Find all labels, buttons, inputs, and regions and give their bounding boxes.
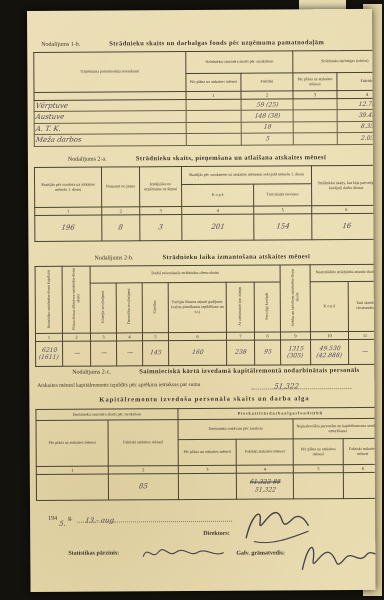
col-header-sickness: Slimības <box>142 282 168 332</box>
dotted-line <box>251 381 351 390</box>
section-2c-label: Nodalījums 2-c. <box>72 369 111 375</box>
handwritten-value: 160 <box>191 349 203 356</box>
handwritten-date: 13.- aug. <box>85 509 116 527</box>
col-header-fact: Faktiski <box>241 73 293 91</box>
cell: — <box>349 339 376 364</box>
handwritten-value: 16 <box>341 222 351 230</box>
handwritten-value: 8.35 <box>360 123 374 130</box>
cell <box>36 474 108 500</box>
director-label: Direktors: <box>203 531 230 537</box>
capital-repair-sum-line: Atskaites mēnesī kapitālremonts izpildīt… <box>37 382 200 389</box>
table-row-dept: Austuve <box>34 111 186 123</box>
cell <box>178 473 236 499</box>
col-header-maternity-leave: Dzemdību atvaļinājumi <box>116 282 142 332</box>
handwritten-sum: 51,322 <box>274 375 299 393</box>
handwritten-value: 51,322 <box>254 486 276 493</box>
col-header-fact: Faktiski atskaites mēnesī <box>108 420 178 466</box>
section-1b-label: Nodalījums 1-b. <box>41 42 80 48</box>
cell: 145 <box>143 340 169 365</box>
cell: 61.322-88 51,322 <box>236 473 293 499</box>
cell <box>293 99 337 111</box>
handwritten-value: 145 <box>149 349 161 356</box>
cell: 2.05 <box>337 132 375 144</box>
handwritten-value: — <box>362 348 369 355</box>
table-2b: Nostrādāto strādnieku-dienu kopskaits Pi… <box>35 264 376 367</box>
section-2a-title: Strādnieku skaits, pieņemšana un atlaiša… <box>136 154 326 162</box>
col-number: 8 <box>254 332 280 340</box>
handwritten-value: — <box>73 350 80 357</box>
cell <box>343 472 375 498</box>
col-header-absent-without-leave: Strādnieku skaits, kas bija patvarīgi ka… <box>311 165 375 205</box>
cell: 5 <box>241 133 293 145</box>
col-number: 2 <box>62 333 90 341</box>
handwritten-value: 1315 (305) <box>281 345 310 360</box>
col-header-newly-hired: Pieņemti no jauna <box>101 167 139 207</box>
handwritten-dept-name: Vērptuve <box>35 102 69 111</box>
handwritten-value: 6210 (1611) <box>36 346 62 361</box>
col-number: 4 <box>116 333 142 341</box>
cell: 3 <box>140 215 182 241</box>
col-header-plan: Pēc plāna uz atskaites mēnesi <box>293 73 337 91</box>
cell: 8 <box>102 215 140 241</box>
col-header-fact: Faktiski atskaites mēnesī <box>343 438 375 464</box>
cell: 148 (38) <box>241 110 293 122</box>
col-header-left-enterprise: Izstājušies no uzņēmuma uz ārpusi <box>139 167 181 207</box>
cell <box>293 110 337 122</box>
col-header-dept-names: Uzņēmuma pamatnodaļu nosaukumi <box>34 52 186 93</box>
group-header-staff-on-list: Darbinieku sastāvam pēc saraksta <box>178 419 293 440</box>
cell <box>186 133 241 145</box>
section-2b-label: Nodalījums 2-b. <box>94 255 133 261</box>
col-number: 3 <box>140 207 182 215</box>
handwritten-value: 5 <box>265 135 270 142</box>
col-number: 2 <box>102 207 140 215</box>
col-header-of-which-women: Tanī skaitā sievietes <box>254 184 312 206</box>
cell <box>293 473 343 499</box>
table-row-dept: Vērptuve <box>34 100 186 112</box>
col-number: 5 <box>142 332 168 340</box>
handwritten-value: 95 <box>263 349 272 356</box>
handwritten-value: 148 (38) <box>254 112 281 119</box>
cell: 1315 (305) <box>281 340 311 365</box>
handwritten-value: — <box>100 350 107 357</box>
cell <box>186 111 241 123</box>
statistics-supervisor-label: Statistikas pārzinis: <box>68 550 119 556</box>
cell: 59 (25) <box>241 99 293 111</box>
col-number: 3 <box>90 333 116 341</box>
handwritten-value: 59 (25) <box>256 101 279 108</box>
handwritten-value: — <box>126 350 133 357</box>
section-2a-label: Nodalījums 2-a. <box>68 157 107 163</box>
cell: 85 <box>108 474 178 500</box>
scanned-form-page: Nodalījums 1-b. Strādnieku skaits un dar… <box>27 9 376 592</box>
cell: 12.73 <box>337 98 375 110</box>
cell: 6210 (1611) <box>36 341 63 366</box>
col-number: 1 <box>35 333 62 341</box>
table-1b: Uzņēmuma pamatnodaļu nosaukumi Strādniek… <box>33 50 375 147</box>
section-2c-title: Saimnieciskā kārtā izvedamā kapitālremon… <box>139 367 359 375</box>
col-number: 9 <box>280 332 310 340</box>
handwritten-value: 154 <box>276 223 291 231</box>
table-2c: Darbinieku caurmēra skaits pēc sarakstie… <box>35 407 375 501</box>
cell: 238 <box>227 340 255 365</box>
cell <box>186 122 241 134</box>
col-header-plan: Pēc plāna un atskaites mēnesī <box>178 439 236 465</box>
col-header-plan: Pēc plāna uz atskaites mēnesi <box>186 73 241 91</box>
cell: 201 <box>182 214 254 240</box>
col-header-worked-days: Nostrādāto strādnieku-dienu kopskaits <box>35 266 62 333</box>
cell: 154 <box>254 214 312 240</box>
cell: 196 <box>35 215 102 241</box>
col-header-plan: Pēc plāna uz atskaites mēnesī <box>293 439 343 465</box>
chief-accountant-label: Galv. grāmatvedis: <box>236 550 285 556</box>
chief-accountant-signature <box>298 537 375 579</box>
group-header-avg-staff: Darbinieku caurmēra skaits pēc sarakstie… <box>36 409 178 421</box>
col-number: 11 <box>348 331 375 339</box>
col-header-full-day-idle: Pilnas dienas dīkstāves strādnieku-dienu… <box>62 266 90 333</box>
handwritten-value: 2.05 <box>360 135 374 142</box>
col-number: 7 <box>226 332 254 340</box>
section-2b-title: Strādnieku laika izmantošana atskaites m… <box>162 253 310 261</box>
col-number: 6 <box>343 464 375 472</box>
handwritten-value: 196 <box>61 224 76 232</box>
col-header-fact: Faktiski <box>337 72 376 90</box>
group-header-unworked-hours: Neatstrādāto strādnieku-stundu skaits <box>310 264 375 281</box>
group-header-outside-persons: Nepiederošām personām un kapitālremonta … <box>293 418 376 439</box>
cell <box>293 121 337 133</box>
col-header-admin-permission: Ar administrācijas atļauju <box>226 282 254 332</box>
col-header-total: K o p ā <box>310 281 348 331</box>
group-header-absence-days: Darbā neierašanās strādnieku-dienu skait… <box>90 265 280 283</box>
date-year-prefix: 194 <box>48 516 57 522</box>
col-header-total: K o p ā <box>182 184 254 206</box>
col-number: 3 <box>293 91 337 99</box>
cell: — <box>91 341 117 366</box>
cell <box>293 133 337 145</box>
group-header-avg-workers: Strādnieku caurmēra skaits pēc sarakstie… <box>186 51 293 74</box>
section-2c-subtitle: Kapitālremontu izvedoša personāla skaits… <box>99 395 309 403</box>
handwritten-value: 201 <box>211 223 226 231</box>
handwritten-value: 49.530 (42.888) <box>311 345 348 360</box>
handwritten-dept-name: A. T. K. <box>35 125 61 134</box>
handwritten-dept-name: Austuve <box>35 113 65 122</box>
col-header-holiday-days: Svētku un brīvdienu strādnieku-dienu ska… <box>280 265 310 332</box>
col-header-lawful-cases: Partijas likuma atļauti gadījumi (valsts… <box>168 282 226 332</box>
col-header-count-month-start: Skaitījās pēc saraksta uz atskaites mēne… <box>34 167 101 207</box>
cell: 95 <box>255 340 281 365</box>
cell: 39.48 <box>337 110 375 122</box>
group-header-wages: Strādnieku darbalgas (rublos) <box>293 50 376 73</box>
col-number: 4 <box>337 90 376 98</box>
section-1b-title: Strādnieku skaits un darbalgas fonds pēc… <box>109 39 324 47</box>
handwritten-value: 3 <box>158 223 164 231</box>
handwritten-value: 8 <box>118 224 124 232</box>
col-number: 10 <box>310 331 348 339</box>
struck-value: 61.322-88 <box>249 479 281 486</box>
cell: — <box>117 341 143 366</box>
date-g-label: g. <box>68 516 73 522</box>
handwritten-value: 85 <box>138 483 148 491</box>
cell <box>186 99 241 111</box>
table-row-dept: Meža darbos <box>34 134 186 146</box>
col-header-regular-leave: Kārtējie atvaļinājumi <box>90 283 116 333</box>
col-header-of-which-overtime: Tanī skaitā virsstundas <box>348 281 375 331</box>
cell: 49.530 (42.888) <box>311 339 349 364</box>
handwritten-year: 5. <box>59 513 66 531</box>
handwritten-dept-name: Meža darbos <box>35 136 82 145</box>
cell: — <box>63 341 91 366</box>
table-row-dept: A. T. K. <box>34 122 186 134</box>
col-header-unexcused: Patvaļīgi kavējuši <box>254 282 280 332</box>
group-header-count-next-month: Skaitījās pēc sarakstiem uz atskaites mē… <box>181 166 311 185</box>
col-header-plan: Pēc plāna uz atskaites mēnesi <box>36 420 108 466</box>
statistics-supervisor-signature <box>140 541 226 566</box>
cell: 16 <box>312 213 376 239</box>
table-2a: Skaitījās pēc saraksta uz atskaites mēne… <box>34 165 376 242</box>
handwritten-value: 18 <box>263 124 272 131</box>
handwritten-value: 238 <box>234 349 246 356</box>
cell: 160 <box>169 340 227 365</box>
cell: 8.35 <box>337 121 375 133</box>
cell: 18 <box>241 122 293 134</box>
col-header-fact: Faktiski atskaites mēnesī <box>236 439 293 465</box>
